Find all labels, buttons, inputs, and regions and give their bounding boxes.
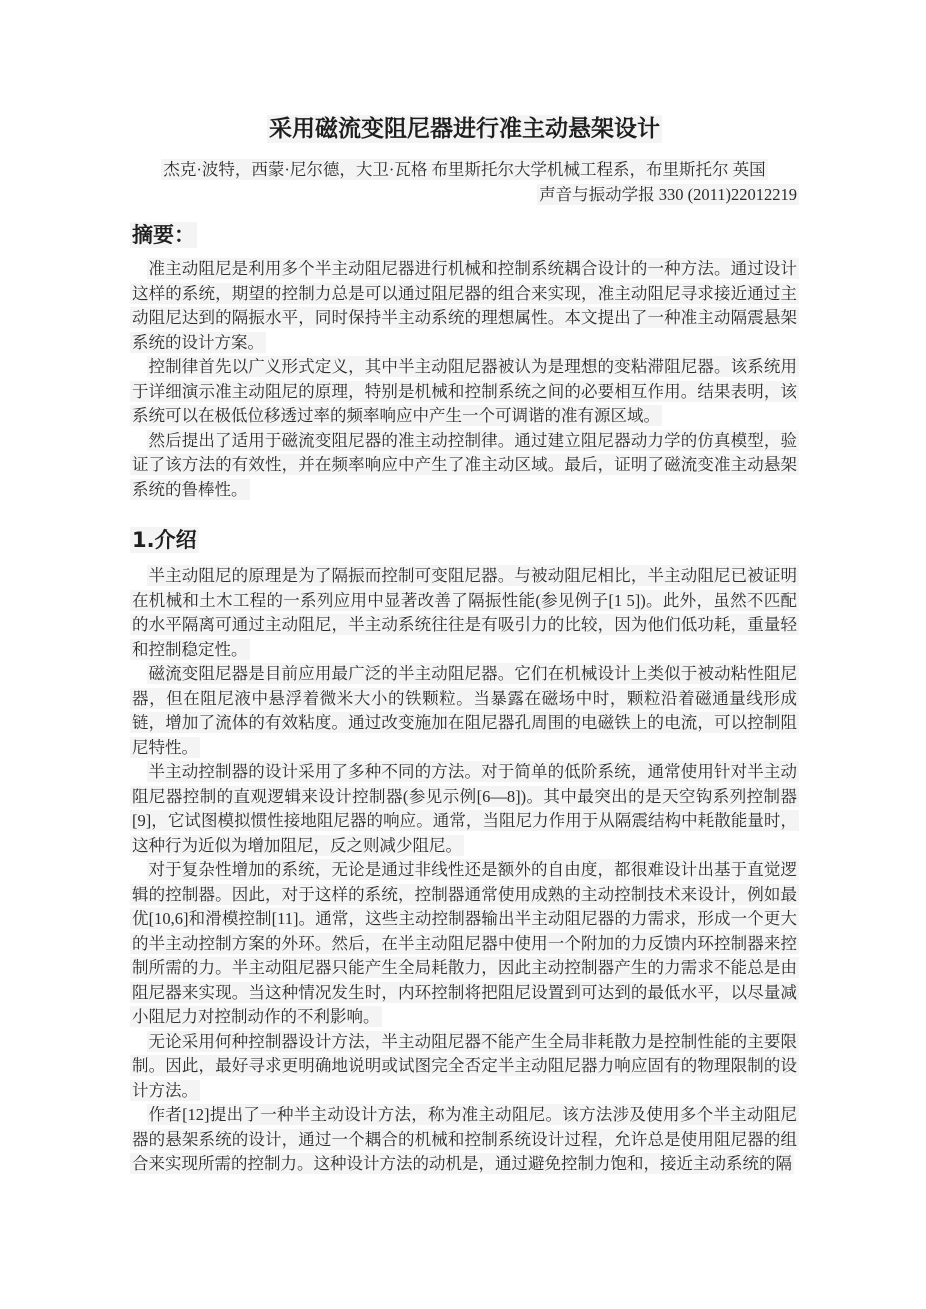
introduction-paragraphs: 半主动阻尼的原理是为了隔振而控制可变阻尼器。与被动阻尼相比，半主动阻尼已被证明在…	[130, 564, 799, 1177]
paragraph: 半主动控制器的设计采用了多种不同的方法。对于简单的低阶系统，通常使用针对半主动阻…	[130, 760, 799, 858]
paragraph: 然后提出了适用于磁流变阻尼器的准主动控制律。通过建立阻尼器动力学的仿真模型，验证…	[130, 429, 799, 503]
paragraph-text: 半主动控制器的设计采用了多种不同的方法。对于简单的低阶系统，通常使用针对半主动阻…	[130, 761, 799, 856]
author-line-text: 杰克·波特，西蒙·尼尔德，大卫·瓦格 布里斯托尔大学机械工程系，布里斯托尔 英国	[161, 159, 767, 180]
abstract-heading-text: 摘要：	[130, 222, 197, 248]
paragraph: 作者[12]提出了一种半主动设计方法，称为准主动阻尼。该方法涉及使用多个半主动阻…	[130, 1103, 799, 1177]
introduction-heading: 1.介绍	[130, 526, 799, 555]
paragraph: 磁流变阻尼器是目前应用最广泛的半主动阻尼器。它们在机械设计上类似于被动粘性阻尼器…	[130, 662, 799, 760]
paper-page: 采用磁流变阻尼器进行准主动悬架设计 杰克·波特，西蒙·尼尔德，大卫·瓦格 布里斯…	[0, 0, 926, 1309]
author-line: 杰克·波特，西蒙·尼尔德，大卫·瓦格 布里斯托尔大学机械工程系，布里斯托尔 英国	[130, 158, 799, 181]
page-title-text: 采用磁流变阻尼器进行准主动悬架设计	[267, 115, 662, 143]
paragraph-text: 准主动阻尼是利用多个半主动阻尼器进行机械和控制系统耦合设计的一种方法。通过设计这…	[130, 258, 799, 353]
paragraph: 对于复杂性增加的系统，无论是通过非线性还是额外的自由度，都很难设计出基于直觉逻辑…	[130, 858, 799, 1030]
paragraph: 无论采用何种控制器设计方法，半主动阻尼器不能产生全局非耗散力是控制性能的主要限制…	[130, 1030, 799, 1104]
journal-line-text: 声音与振动学报 330 (2011)22012219	[537, 184, 799, 205]
paragraph: 半主动阻尼的原理是为了隔振而控制可变阻尼器。与被动阻尼相比，半主动阻尼已被证明在…	[130, 564, 799, 662]
paragraph-text: 作者[12]提出了一种半主动设计方法，称为准主动阻尼。该方法涉及使用多个半主动阻…	[130, 1104, 799, 1174]
paragraph-text: 磁流变阻尼器是目前应用最广泛的半主动阻尼器。它们在机械设计上类似于被动粘性阻尼器…	[130, 663, 799, 758]
abstract-section: 摘要： 准主动阻尼是利用多个半主动阻尼器进行机械和控制系统耦合设计的一种方法。通…	[130, 221, 799, 502]
abstract-heading: 摘要：	[130, 221, 799, 250]
journal-line: 声音与振动学报 330 (2011)22012219	[130, 183, 799, 206]
paragraph: 准主动阻尼是利用多个半主动阻尼器进行机械和控制系统耦合设计的一种方法。通过设计这…	[130, 257, 799, 355]
introduction-heading-text: 1.介绍	[130, 527, 199, 553]
page-title: 采用磁流变阻尼器进行准主动悬架设计	[130, 112, 799, 146]
introduction-section: 1.介绍 半主动阻尼的原理是为了隔振而控制可变阻尼器。与被动阻尼相比，半主动阻尼…	[130, 526, 799, 1177]
paragraph-text: 控制律首先以广义形式定义，其中半主动阻尼器被认为是理想的变粘滞阻尼器。该系统用于…	[130, 356, 799, 426]
paragraph-text: 对于复杂性增加的系统，无论是通过非线性还是额外的自由度，都很难设计出基于直觉逻辑…	[130, 859, 799, 1027]
abstract-paragraphs: 准主动阻尼是利用多个半主动阻尼器进行机械和控制系统耦合设计的一种方法。通过设计这…	[130, 257, 799, 502]
paragraph-text: 半主动阻尼的原理是为了隔振而控制可变阻尼器。与被动阻尼相比，半主动阻尼已被证明在…	[130, 565, 799, 660]
paragraph-text: 无论采用何种控制器设计方法，半主动阻尼器不能产生全局非耗散力是控制性能的主要限制…	[130, 1031, 799, 1101]
paragraph-text: 然后提出了适用于磁流变阻尼器的准主动控制律。通过建立阻尼器动力学的仿真模型，验证…	[130, 430, 799, 500]
paragraph: 控制律首先以广义形式定义，其中半主动阻尼器被认为是理想的变粘滞阻尼器。该系统用于…	[130, 355, 799, 429]
